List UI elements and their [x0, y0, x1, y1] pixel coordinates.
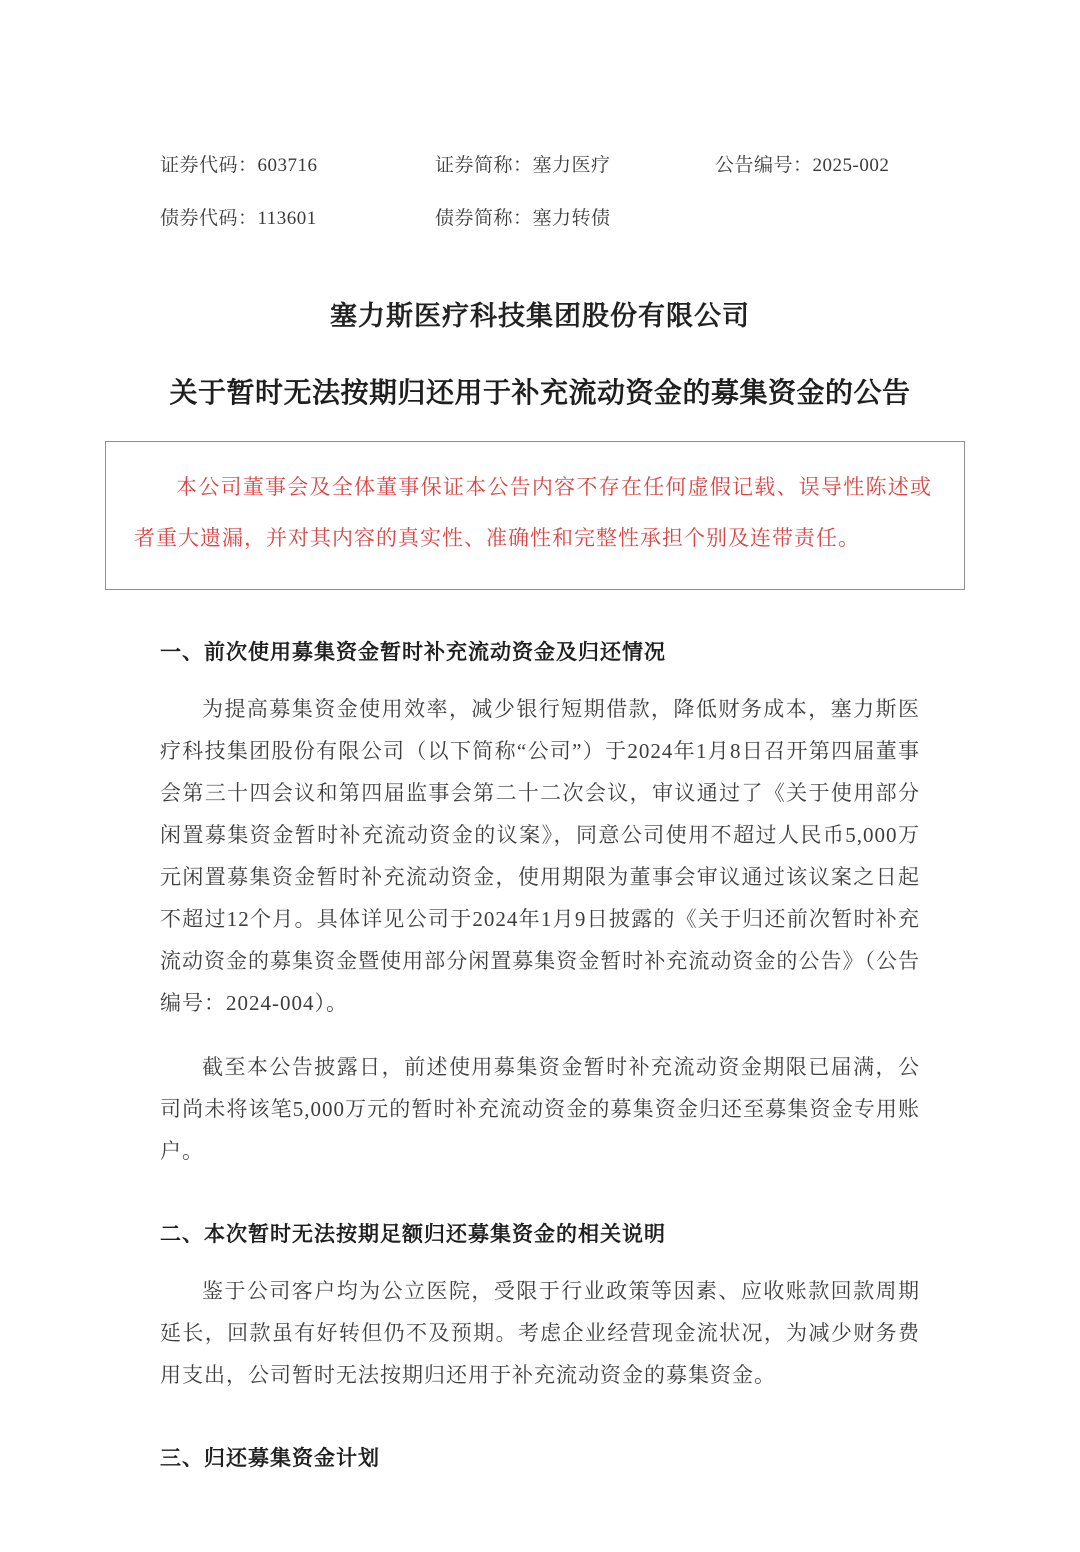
stock-code: 证券代码：603716 [160, 150, 435, 177]
bond-name: 债券简称：塞力转债 [435, 203, 715, 230]
announcement-document: 证券代码：603716 证券简称：塞力医疗 公告编号：2025-002 债券代码… [0, 0, 1080, 1552]
company-title: 塞力斯医疗科技集团股份有限公司 [160, 294, 920, 333]
stock-name: 证券简称：塞力医疗 [435, 150, 715, 177]
section-1-paragraph-1: 为提高募集资金使用效率，减少银行短期借款，降低财务成本，塞力斯医疗科技集团股份有… [160, 688, 920, 1024]
section-explanation: 二、本次暂时无法按期足额归还募集资金的相关说明 鉴于公司客户均为公立医院，受限于… [160, 1218, 920, 1396]
section-2-heading: 二、本次暂时无法按期足额归还募集资金的相关说明 [160, 1218, 920, 1248]
section-1-heading: 一、前次使用募集资金暂时补充流动资金及归还情况 [160, 636, 920, 666]
section-repayment-plan: 三、归还募集资金计划 [160, 1442, 920, 1472]
section-3-heading: 三、归还募集资金计划 [160, 1442, 920, 1472]
section-2-paragraph-1: 鉴于公司客户均为公立医院，受限于行业政策等因素、应收账款回款周期延长，回款虽有好… [160, 1270, 920, 1396]
header-spacer [715, 203, 920, 230]
bond-code: 债券代码：113601 [160, 203, 435, 230]
section-previous-usage: 一、前次使用募集资金暂时补充流动资金及归还情况 为提高募集资金使用效率，减少银行… [160, 636, 920, 1172]
announcement-title: 关于暂时无法按期归还用于补充流动资金的募集资金的公告 [160, 371, 920, 411]
announcement-number: 公告编号：2025-002 [715, 150, 920, 177]
disclaimer-text: 本公司董事会及全体董事保证本公告内容不存在任何虚假记载、误导性陈述或者重大遗漏，… [134, 462, 932, 565]
document-header: 证券代码：603716 证券简称：塞力医疗 公告编号：2025-002 债券代码… [160, 150, 920, 230]
section-1-paragraph-2: 截至本公告披露日，前述使用募集资金暂时补充流动资金期限已届满，公司尚未将该笔5,… [160, 1046, 920, 1172]
disclaimer-box: 本公司董事会及全体董事保证本公告内容不存在任何虚假记载、误导性陈述或者重大遗漏，… [105, 441, 965, 590]
